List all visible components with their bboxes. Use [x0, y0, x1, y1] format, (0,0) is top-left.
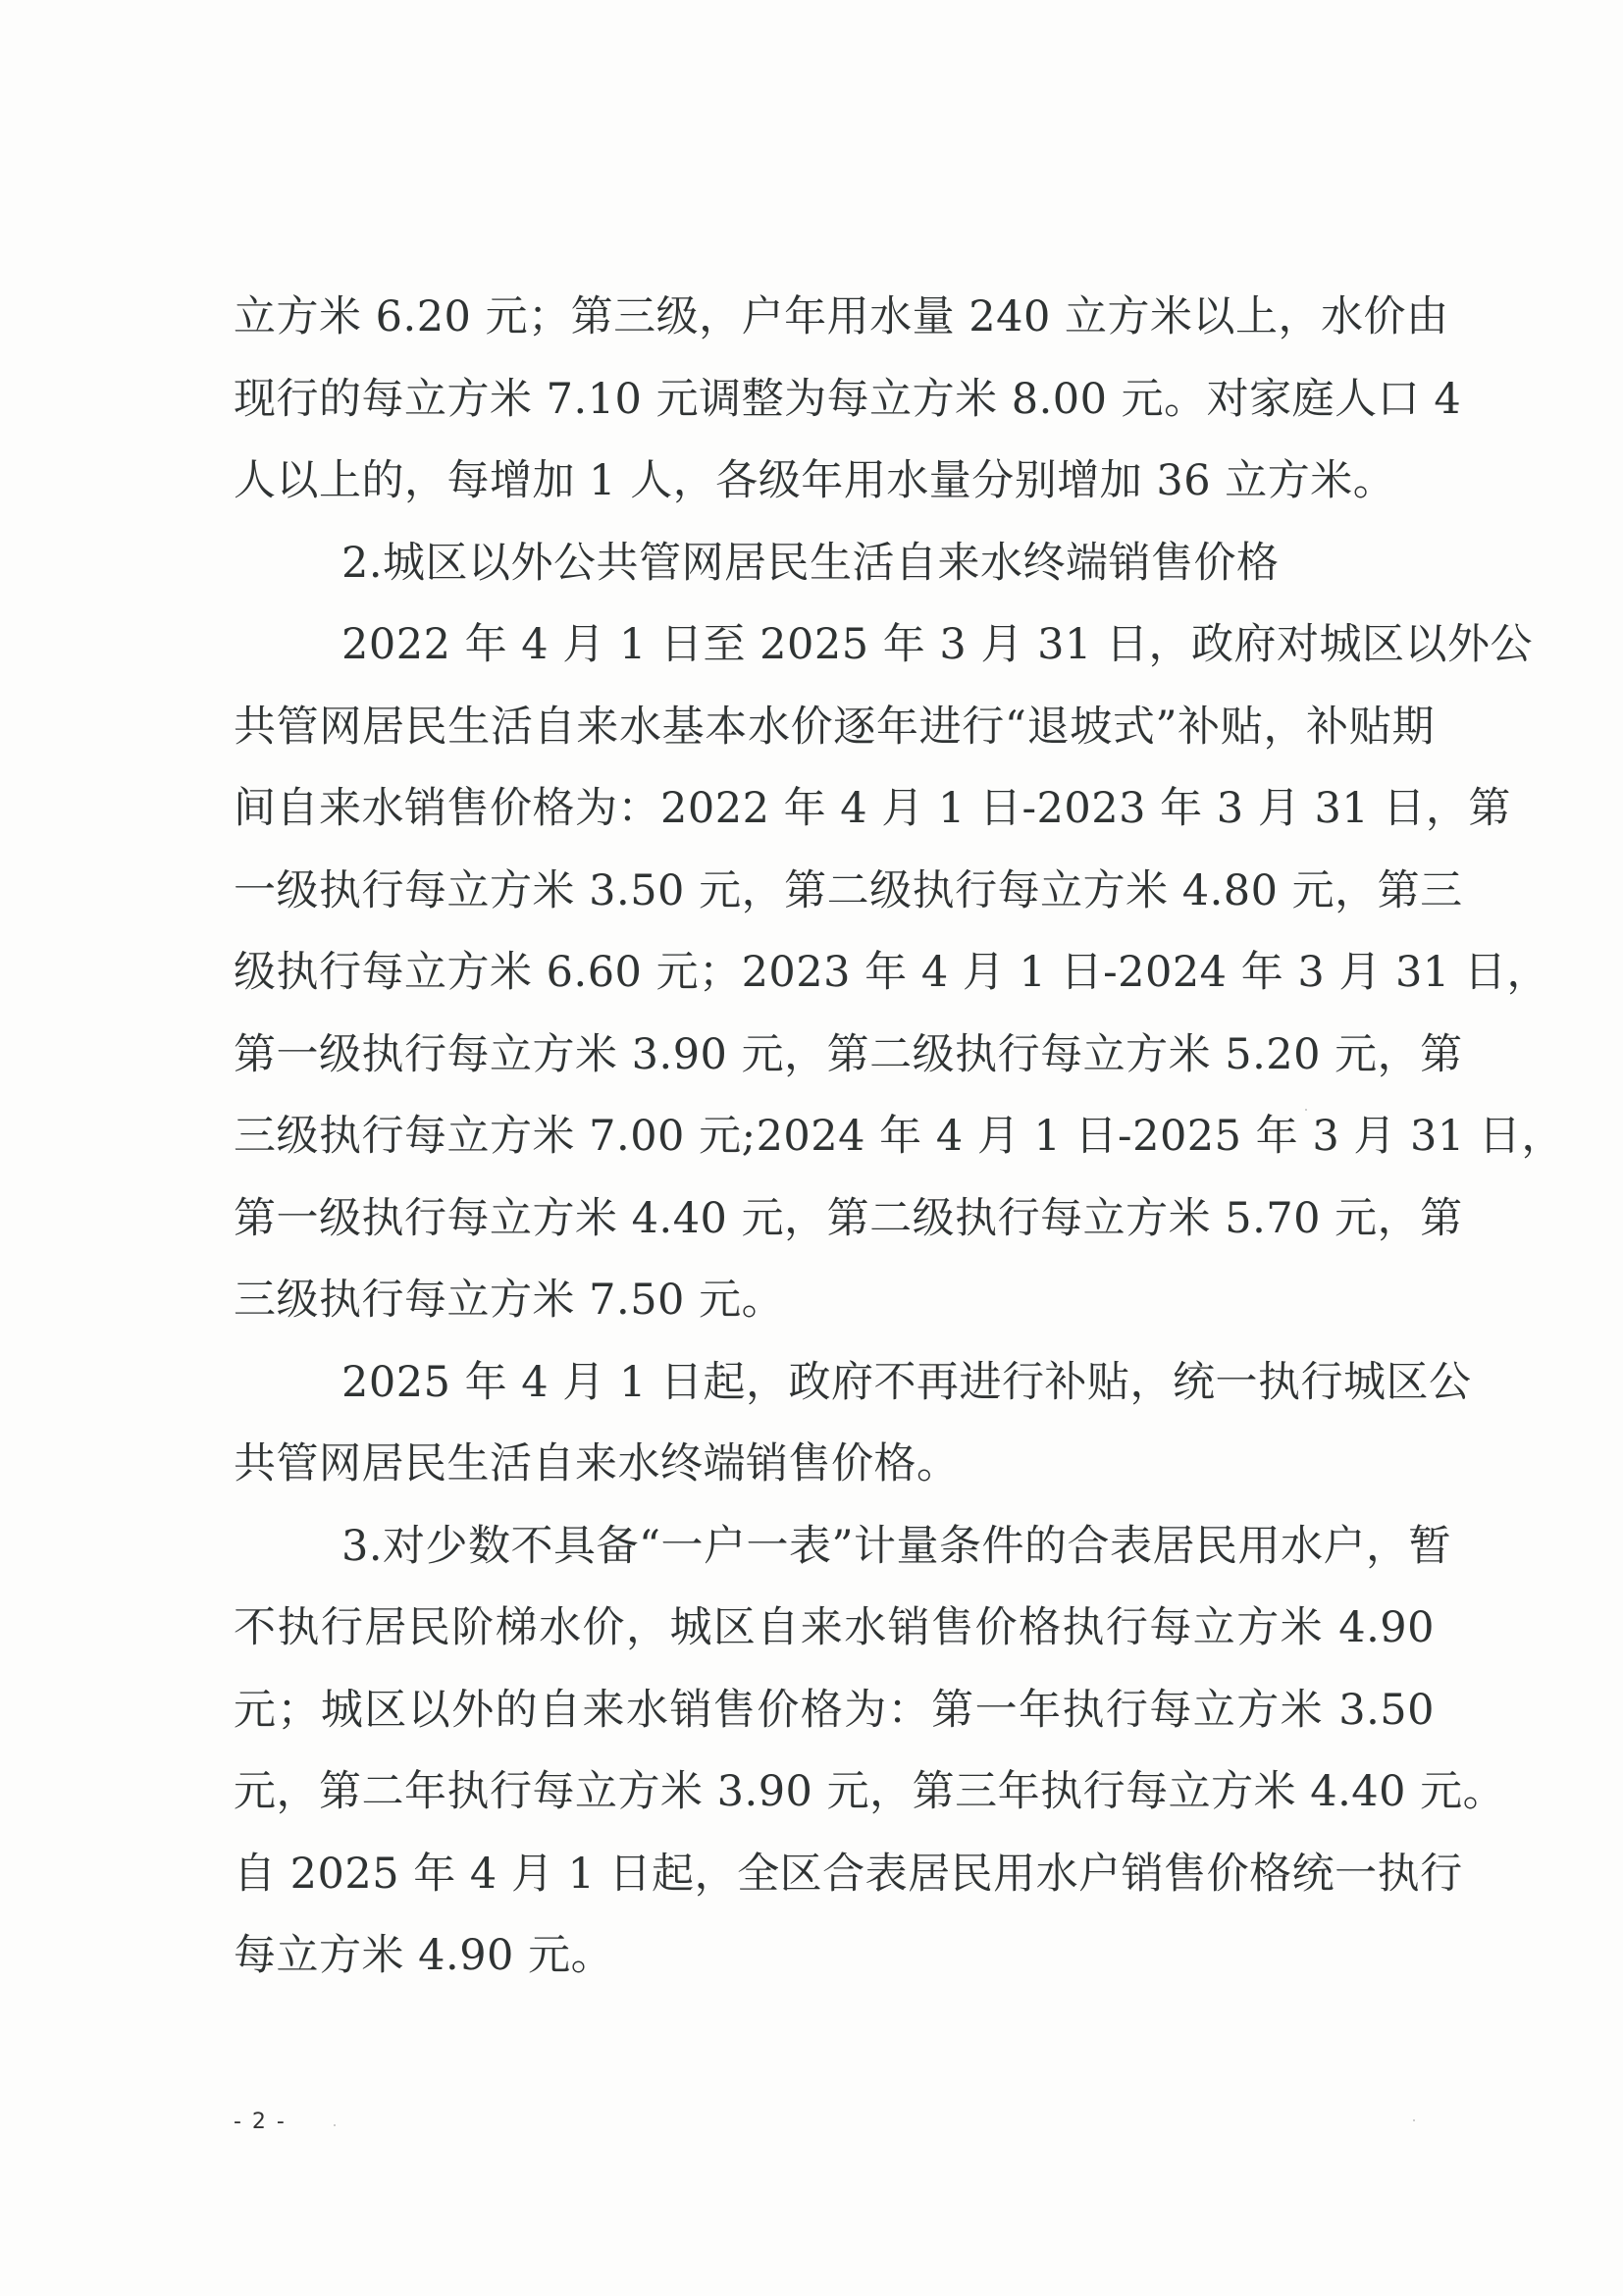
- page-number: - 2 -: [234, 2110, 287, 2134]
- text-line: 一级执行每立方米 3.50 元，第二级执行每立方米 4.80 元，第三: [234, 851, 1435, 933]
- section-heading-2: 2.城区以外公共管网居民生活自来水终端销售价格: [234, 523, 1435, 605]
- section-heading-text: 2.城区以外公共管网居民生活自来水终端销售价格: [234, 523, 1435, 605]
- text-line: 三级执行每立方米 7.00 元;2024 年 4 月 1 日-2025 年 3 …: [234, 1096, 1435, 1178]
- text-line: 第一级执行每立方米 3.90 元，第二级执行每立方米 5.20 元，第: [234, 1015, 1435, 1097]
- text-line: 共管网居民生活自来水终端销售价格。: [234, 1424, 1435, 1506]
- text-line: 元；城区以外的自来水销售价格为：第一年执行每立方米 3.50: [234, 1670, 1435, 1752]
- text-line: 元，第二年执行每立方米 3.90 元，第三年执行每立方米 4.40 元。: [234, 1751, 1435, 1834]
- text-line: 间自来水销售价格为：2022 年 4 月 1 日-2023 年 3 月 31 日…: [234, 768, 1435, 851]
- scan-speck: [1305, 1109, 1307, 1111]
- text-line: 每立方米 4.90 元。: [234, 1915, 1435, 1998]
- paragraph-section-3: 3.对少数不具备“一户一表”计量条件的合表居民用水户，暂 不执行居民阶梯水价，城…: [234, 1506, 1435, 1998]
- paragraph-subsidy-schedule: 2022 年 4 月 1 日至 2025 年 3 月 31 日，政府对城区以外公…: [234, 604, 1435, 1342]
- text-line: 共管网居民生活自来水基本水价逐年进行“退坡式”补贴，补贴期: [234, 687, 1435, 769]
- text-line: 自 2025 年 4 月 1 日起，全区合表居民用水户销售价格统一执行: [234, 1834, 1435, 1916]
- document-body: 立方米 6.20 元；第三级，户年用水量 240 立方米以上，水价由 现行的每立…: [234, 277, 1435, 1998]
- scan-speck: [334, 2124, 336, 2126]
- text-line: 人以上的，每增加 1 人，各级年用水量分别增加 36 立方米。: [234, 441, 1435, 523]
- text-line: 2022 年 4 月 1 日至 2025 年 3 月 31 日，政府对城区以外公: [234, 604, 1435, 687]
- text-line: 立方米 6.20 元；第三级，户年用水量 240 立方米以上，水价由: [234, 277, 1435, 359]
- text-line: 现行的每立方米 7.10 元调整为每立方米 8.00 元。对家庭人口 4: [234, 359, 1435, 442]
- paragraph-from-2025: 2025 年 4 月 1 日起，政府不再进行补贴，统一执行城区公 共管网居民生活…: [234, 1342, 1435, 1506]
- text-line: 级执行每立方米 6.60 元；2023 年 4 月 1 日-2024 年 3 月…: [234, 932, 1435, 1015]
- text-line: 2025 年 4 月 1 日起，政府不再进行补贴，统一执行城区公: [234, 1342, 1435, 1425]
- text-line: 不执行居民阶梯水价，城区自来水销售价格执行每立方米 4.90: [234, 1588, 1435, 1670]
- text-line: 第一级执行每立方米 4.40 元，第二级执行每立方米 5.70 元，第: [234, 1178, 1435, 1261]
- text-line: 三级执行每立方米 7.50 元。: [234, 1260, 1435, 1342]
- scan-speck: [1413, 2119, 1415, 2121]
- text-line: 3.对少数不具备“一户一表”计量条件的合表居民用水户，暂: [234, 1506, 1435, 1589]
- paragraph-urban-tier3: 立方米 6.20 元；第三级，户年用水量 240 立方米以上，水价由 现行的每立…: [234, 277, 1435, 523]
